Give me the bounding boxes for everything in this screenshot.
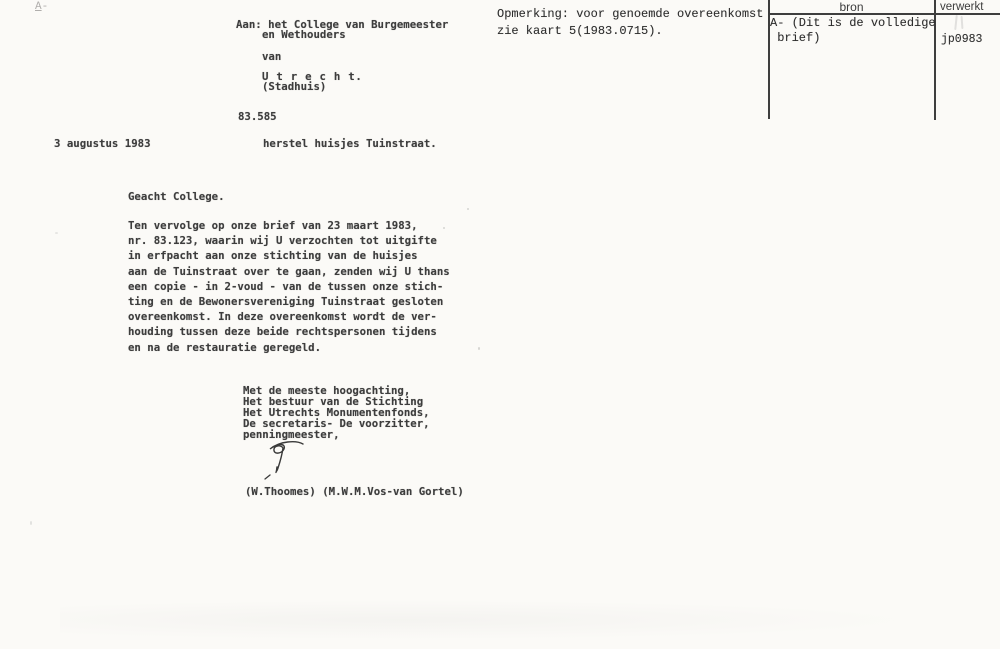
column-header-verwerkt: verwerkt	[940, 1, 983, 13]
handwritten-signature	[254, 438, 308, 482]
scan-speck	[30, 521, 32, 525]
pen-stroke-mark	[961, 16, 964, 29]
scan-speck	[467, 208, 469, 210]
archive-remark: Opmerking: voor genoemde overeenkomst zi…	[497, 6, 763, 40]
bron-cell-value: A- (Dit is de volledige brief)	[770, 16, 936, 45]
letter-date: 3 augustus 1983	[54, 136, 151, 151]
scan-speck	[478, 347, 480, 350]
address-stadhuis: (Stadhuis)	[262, 79, 326, 94]
closing-block: Met de meeste hoogachting, Het bestuur v…	[243, 386, 430, 441]
corner-classification-mark: A-	[35, 1, 48, 13]
letter-subject: herstel huisjes Tuinstraat.	[263, 136, 437, 151]
signature-stroke-tick	[265, 475, 270, 479]
scan-smudge	[60, 600, 920, 640]
signature-stroke-main	[270, 442, 303, 471]
scanned-letter-page: A- Aan: het College van Burgemeester en …	[0, 0, 1000, 649]
address-van: van	[262, 49, 281, 64]
verwerkt-cell-value: jp0983	[941, 31, 982, 48]
scan-speck	[55, 232, 58, 234]
address-recipient-line2: en Wethouders	[262, 27, 346, 42]
letter-body: Ten vervolge op onze brief van 23 maart …	[128, 218, 450, 355]
column-header-bron: bron	[768, 0, 935, 14]
signatory-names: (W.Thoomes) (M.W.M.Vos-van Gortel)	[245, 484, 464, 499]
corner-mark-dash: -	[42, 1, 49, 13]
pen-stroke-mark	[954, 15, 958, 30]
corner-mark-letter: A	[35, 1, 42, 13]
reference-number: 83.585	[238, 109, 277, 124]
scan-speck	[443, 227, 445, 229]
salutation: Geacht College.	[128, 189, 225, 204]
